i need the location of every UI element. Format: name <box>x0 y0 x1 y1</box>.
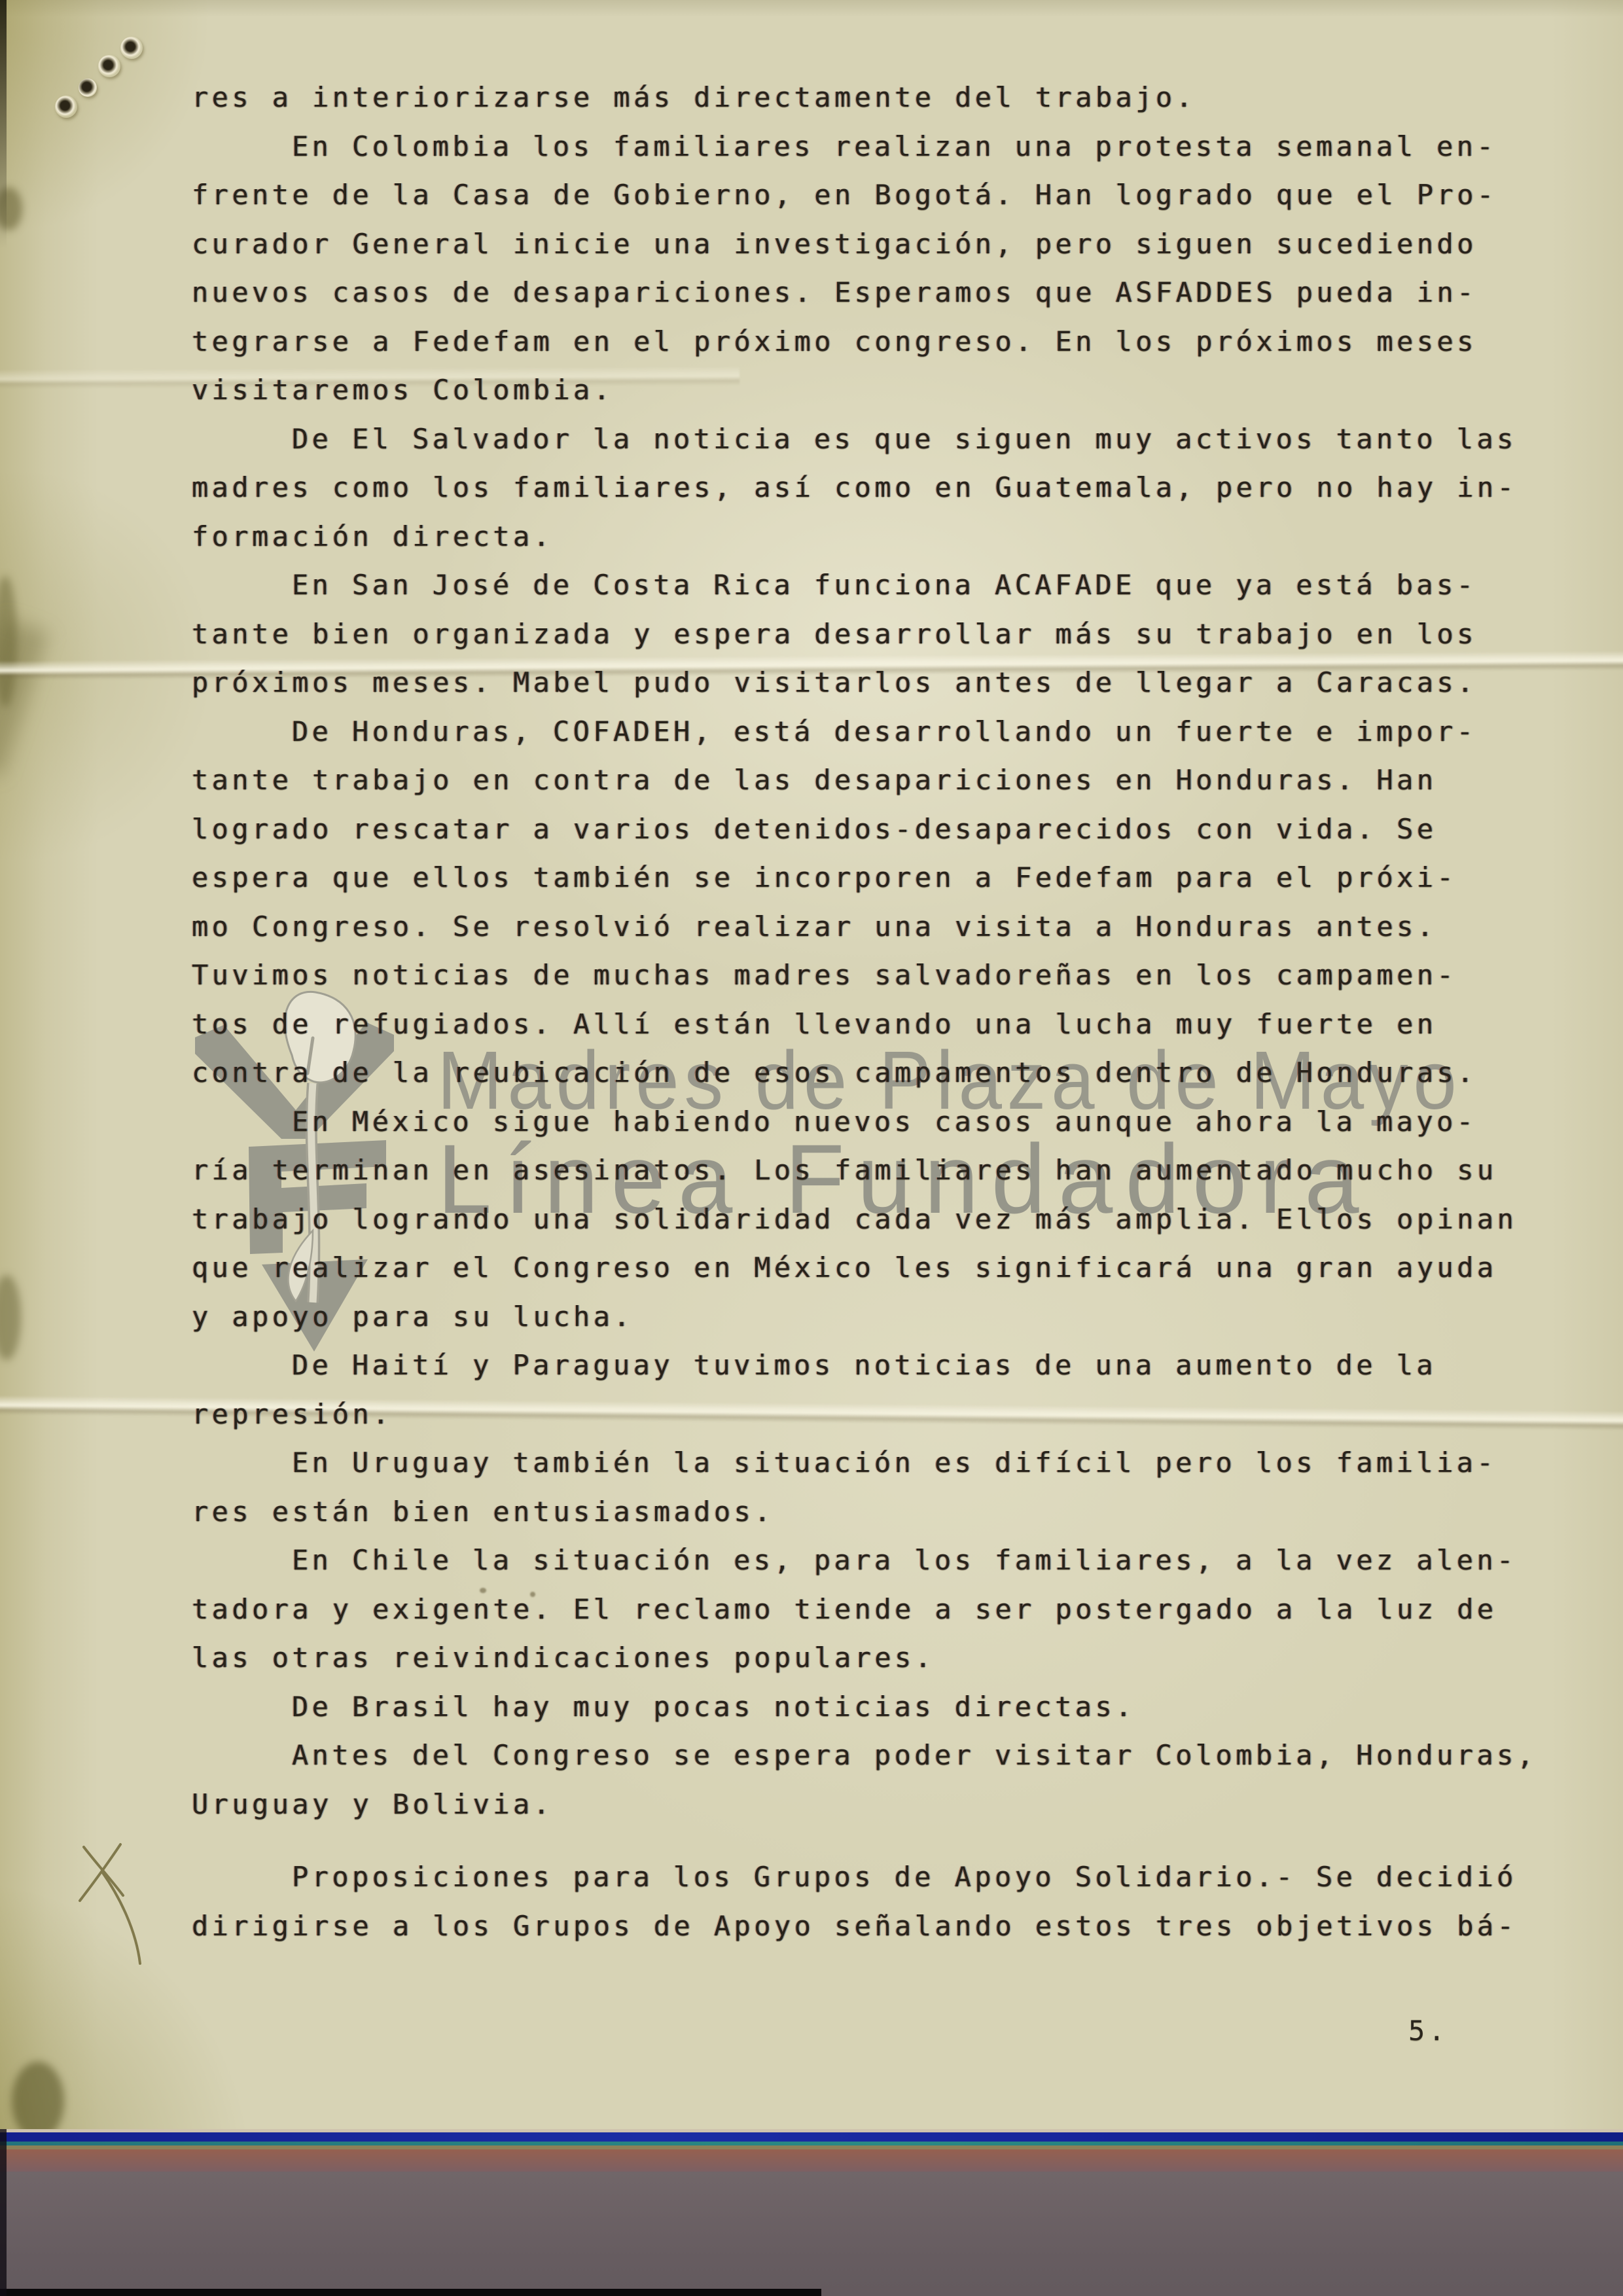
text-line: En México sigue habiendo nuevos casos au… <box>192 1098 1566 1147</box>
handwritten-x-mark <box>71 1833 156 1970</box>
staple-hole <box>98 55 120 77</box>
text-line: formación directa. <box>192 512 1566 562</box>
text-line: mo Congreso. Se resolvió realizar una vi… <box>192 903 1566 952</box>
pencil-speck <box>480 1588 486 1593</box>
text-line: madres como los familiares, así como en … <box>192 463 1566 512</box>
staple-hole <box>79 79 97 97</box>
pencil-speck <box>530 1592 535 1597</box>
text-line: contra de la reubicación de esos campame… <box>192 1049 1566 1098</box>
text-line: logrado rescatar a varios detenidos-desa… <box>192 805 1566 854</box>
text-line: curador General inicie una investigación… <box>192 220 1566 269</box>
edge-stain <box>12 2062 64 2140</box>
text-line: frente de la Casa de Gobierno, en Bogotá… <box>192 171 1566 220</box>
text-line: Uruguay y Bolivia. <box>192 1780 1566 1829</box>
text-line: De Honduras, COFADEH, está desarrollando… <box>192 708 1566 757</box>
text-line: trabajo logrando una solidaridad cada ve… <box>192 1195 1566 1244</box>
text-line: En Colombia los familiares realizan una … <box>192 122 1566 171</box>
scan-band-stripe <box>0 2172 1623 2296</box>
text-line: ría terminan en asesinatos. Los familiar… <box>192 1146 1566 1195</box>
text-line: tadora y exigente. El reclamo tiende a s… <box>192 1585 1566 1634</box>
text-line: De El Salvador la noticia es que siguen … <box>192 415 1566 464</box>
text-line: En Chile la situación es, para los famil… <box>192 1536 1566 1585</box>
scan-edge-shadow <box>0 0 7 249</box>
text-line: Proposiciones para los Grupos de Apoyo S… <box>192 1853 1566 1902</box>
text-line: Tuvimos noticias de muchas madres salvad… <box>192 951 1566 1000</box>
edge-stain <box>0 1275 21 1360</box>
scanned-document-page: Madres de Plaza de Mayo Línea Fundadora … <box>0 0 1623 2296</box>
scan-band-stripe <box>0 2149 1623 2172</box>
scan-edge-band <box>0 2129 1623 2296</box>
scan-band-black-strip <box>0 2289 821 2296</box>
text-line: que realizar el Congreso en México les s… <box>192 1244 1566 1293</box>
text-line: Antes del Congreso se espera poder visit… <box>192 1731 1566 1780</box>
text-line: De Haití y Paraguay tuvimos noticias de … <box>192 1341 1566 1390</box>
text-line: espera que ellos también se incorporen a… <box>192 853 1566 903</box>
text-line: tante bien organizada y espera desarroll… <box>192 610 1566 659</box>
staple-hole <box>120 37 143 59</box>
text-line: y apoyo para su lucha. <box>192 1293 1566 1342</box>
text-line: próximos meses. Mabel pudo visitarlos an… <box>192 658 1566 708</box>
scan-edge-shadow <box>0 2129 7 2296</box>
text-line: res están bien entusiasmados. <box>192 1488 1566 1537</box>
text-line: res a interiorizarse más directamente de… <box>192 73 1566 122</box>
text-line: visitaremos Colombia. <box>192 366 1566 415</box>
staple-hole <box>55 96 77 118</box>
text-line: tegrarse a Fedefam en el próximo congres… <box>192 317 1566 367</box>
text-line: tante trabajo en contra de las desaparic… <box>192 756 1566 805</box>
text-line: las otras reivindicaciones populares. <box>192 1634 1566 1683</box>
page-number: 5. <box>1408 2015 1448 2047</box>
text-line: En Uruguay también la situación es difíc… <box>192 1439 1566 1488</box>
scan-band-blue-stripe <box>0 2132 1623 2142</box>
text-line: represión. <box>192 1390 1566 1439</box>
text-line: tos de refugiados. Allí están llevando u… <box>192 1000 1566 1049</box>
text-line: nuevos casos de desapariciones. Esperamo… <box>192 268 1566 317</box>
text-line: De Brasil hay muy pocas noticias directa… <box>192 1683 1566 1732</box>
wrinkle-shadow <box>0 619 48 776</box>
text-line: dirigirse a los Grupos de Apoyo señaland… <box>192 1902 1566 1951</box>
text-line: En San José de Costa Rica funciona ACAFA… <box>192 561 1566 610</box>
text-block: res a interiorizarse más directamente de… <box>192 73 1566 1950</box>
